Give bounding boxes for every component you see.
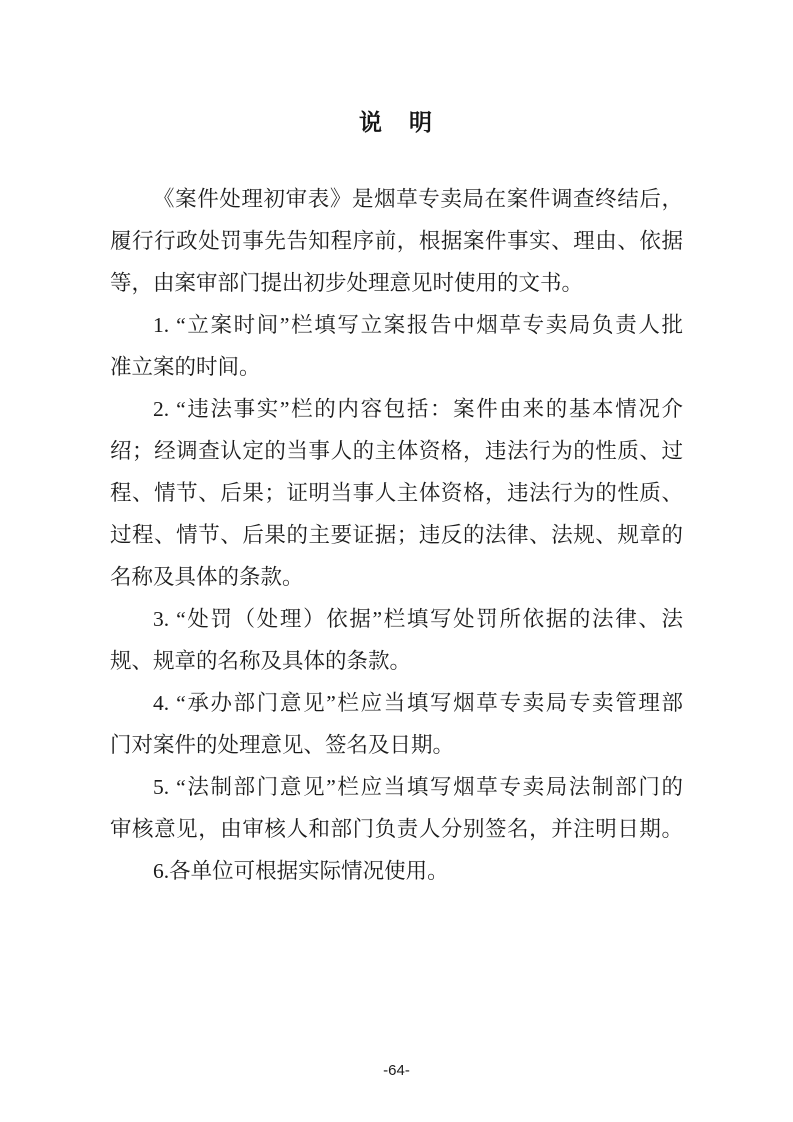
text-line: 4. “承办部门意见”栏应当填写烟草专卖局专卖管理部 [110,690,683,732]
document-page: 说 明 《案件处理初审表》是烟草专卖局在案件调查终结后， 履行行政处罚事先告知程… [0,0,793,1122]
text-line: 等，由案审部门提出初步处理意见时使用的文书。 [110,270,683,312]
document-body: 《案件处理初审表》是烟草专卖局在案件调查终结后， 履行行政处罚事先告知程序前，根… [110,186,683,900]
page-number: -64- [0,1062,793,1079]
text-line: 名称及具体的条款。 [110,564,683,606]
text-line: 2. “违法事实”栏的内容包括：案件由来的基本情况介 [110,396,683,438]
text-line: 规、规章的名称及具体的条款。 [110,648,683,690]
text-line: 5. “法制部门意见”栏应当填写烟草专卖局法制部门的 [110,774,683,816]
text-line: 履行行政处罚事先告知程序前，根据案件事实、理由、依据 [110,228,683,270]
text-line: 门对案件的处理意见、签名及日期。 [110,732,683,774]
page-title: 说 明 [0,104,793,137]
text-line: 过程、情节、后果的主要证据；违反的法律、法规、规章的 [110,522,683,564]
text-line: 绍；经调查认定的当事人的主体资格，违法行为的性质、过 [110,438,683,480]
text-line: 审核意见，由审核人和部门负责人分别签名，并注明日期。 [110,816,683,858]
text-line: 《案件处理初审表》是烟草专卖局在案件调查终结后， [110,186,683,228]
text-line: 准立案的时间。 [110,354,683,396]
text-line: 6.各单位可根据实际情况使用。 [110,858,683,900]
text-line: 程、情节、后果；证明当事人主体资格，违法行为的性质、 [110,480,683,522]
text-line: 1. “立案时间”栏填写立案报告中烟草专卖局负责人批 [110,312,683,354]
text-line: 3. “处罚（处理）依据”栏填写处罚所依据的法律、法 [110,606,683,648]
